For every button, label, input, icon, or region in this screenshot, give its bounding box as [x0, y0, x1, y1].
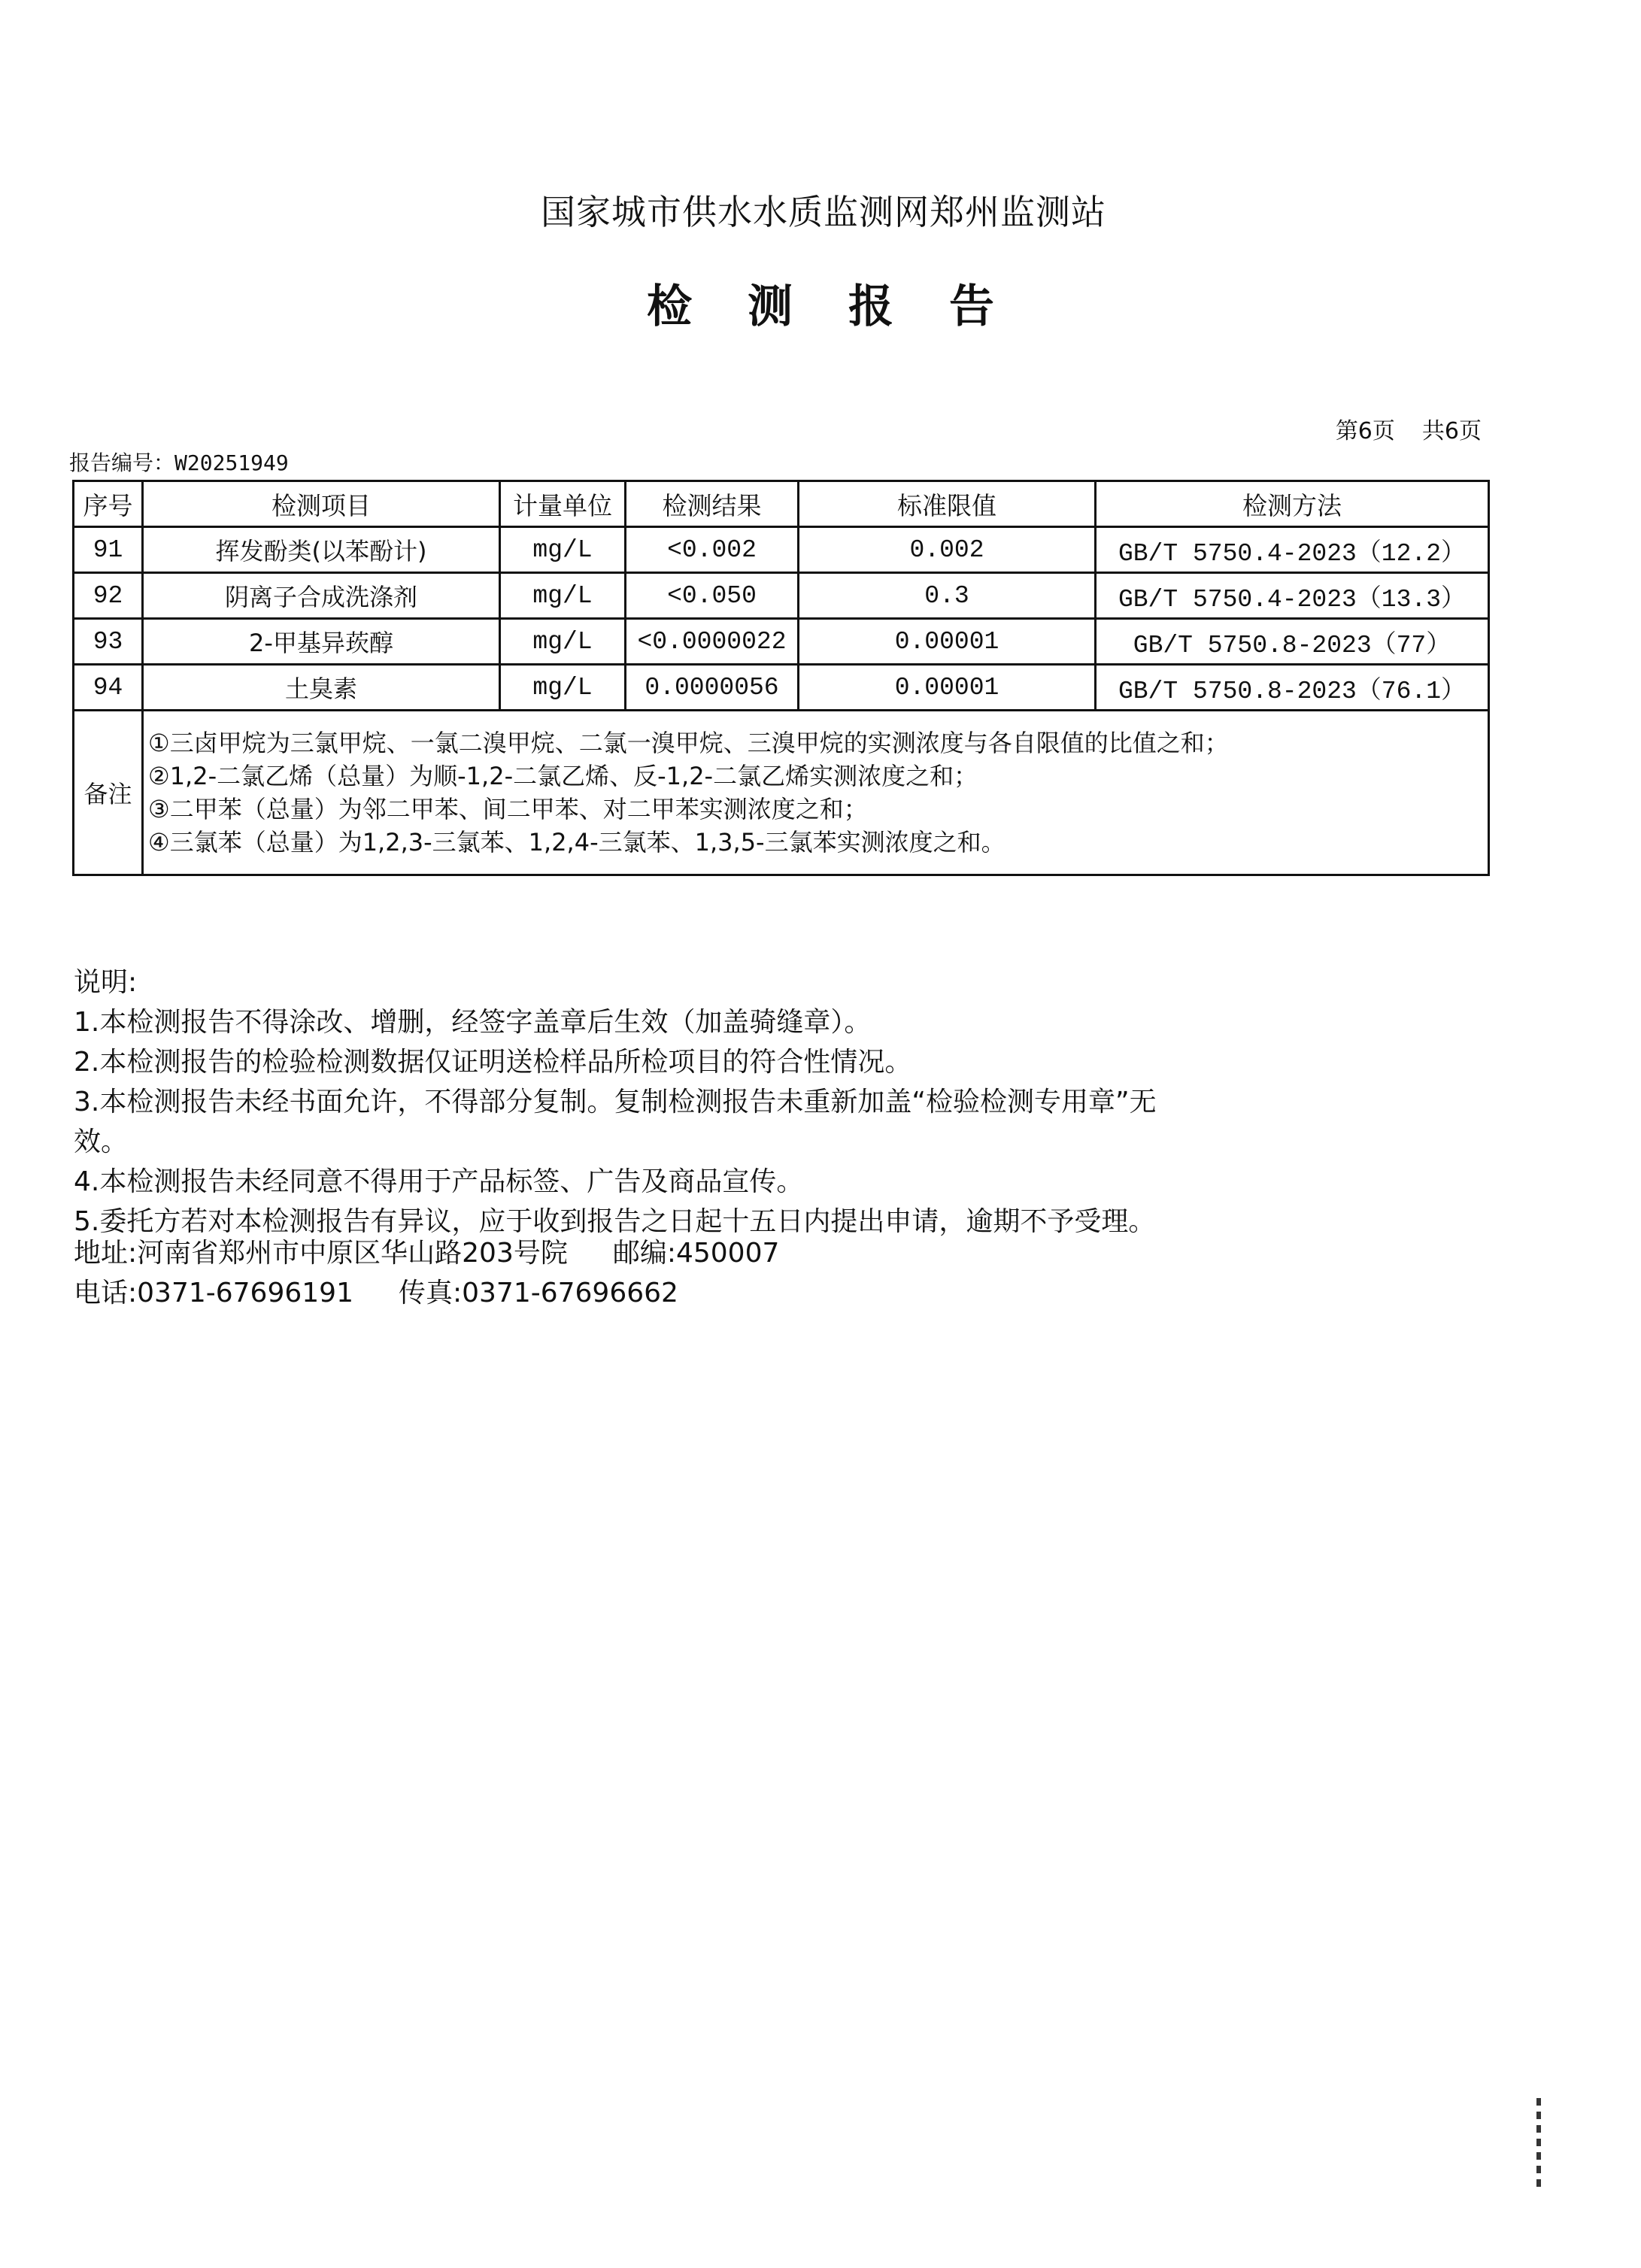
page-current: 第6页 [1336, 418, 1395, 444]
address-line: 地址:河南省郑州市中原区华山路203号院邮编:450007 [74, 1233, 779, 1273]
column-header-unit: 计量单位 [500, 481, 626, 527]
note-item: ①三卤甲烷为三氯甲烷、一氯二溴甲烷、二氯一溴甲烷、三溴甲烷的实测浓度与各自限值的… [148, 726, 1483, 760]
instruction-item: 1.本检测报告不得涂改、增删，经签字盖章后生效（加盖骑缝章）。 [74, 1002, 1488, 1042]
cell-result: <0.050 [626, 573, 799, 619]
table-row: 94 土臭素 mg/L 0.0000056 0.00001 GB/T 5750.… [74, 665, 1489, 711]
page-total: 共6页 [1422, 418, 1482, 444]
postcode: 邮编:450007 [613, 1238, 780, 1269]
cell-method: GB/T 5750.8-2023（77） [1096, 619, 1489, 665]
cell-method: GB/T 5750.4-2023（13.3） [1096, 573, 1489, 619]
instruction-item: 2.本检测报告的检验检测数据仅证明送检样品所检项目的符合性情况。 [74, 1042, 1488, 1082]
column-header-method: 检测方法 [1096, 481, 1489, 527]
cell-result: <0.002 [626, 527, 799, 573]
cell-unit: mg/L [500, 619, 626, 665]
cell-item: 阴离子合成洗涤剂 [143, 573, 500, 619]
cell-limit: 0.00001 [799, 665, 1096, 711]
note-item: ④三氯苯（总量）为1,2,3-三氯苯、1,2,4-三氯苯、1,3,5-三氯苯实测… [148, 826, 1483, 859]
column-header-no: 序号 [74, 481, 143, 527]
table-header-row: 序号 检测项目 计量单位 检测结果 标准限值 检测方法 [74, 481, 1489, 527]
column-header-limit: 标准限值 [799, 481, 1096, 527]
cell-no: 91 [74, 527, 143, 573]
instructions-section: 说明: 1.本检测报告不得涂改、增删，经签字盖章后生效（加盖骑缝章）。 2.本检… [74, 963, 1488, 1242]
page-indicator: 第6页共6页 [1336, 412, 1482, 445]
note-item: ③二甲苯（总量）为邻二甲苯、间二甲苯、对二甲苯实测浓度之和； [148, 793, 1483, 826]
instruction-item: 3.本检测报告未经书面允许，不得部分复制。复制检测报告未重新加盖“检验检测专用章… [74, 1082, 1488, 1122]
title-char: 检 [647, 271, 692, 335]
cell-method: GB/T 5750.8-2023（76.1） [1096, 665, 1489, 711]
column-header-result: 检测结果 [626, 481, 799, 527]
organization-title: 国家城市供水水质监测网郑州监测站 [0, 185, 1641, 235]
column-header-item: 检测项目 [143, 481, 500, 527]
results-table: 序号 检测项目 计量单位 检测结果 标准限值 检测方法 91 挥发酚类(以苯酚计… [72, 480, 1490, 876]
title-char: 报 [848, 271, 893, 335]
report-number-value: W20251949 [174, 450, 289, 475]
notes-row: 备注 ①三卤甲烷为三氯甲烷、一氯二溴甲烷、二氯一溴甲烷、三溴甲烷的实测浓度与各自… [74, 711, 1489, 875]
cell-result: <0.0000022 [626, 619, 799, 665]
cell-item: 土臭素 [143, 665, 500, 711]
cell-unit: mg/L [500, 527, 626, 573]
instruction-item: 效。 [74, 1122, 1488, 1162]
address: 地址:河南省郑州市中原区华山路203号院 [74, 1238, 568, 1269]
cell-item: 2-甲基异莰醇 [143, 619, 500, 665]
document-title: 检测报告 [0, 271, 1641, 335]
phone-line: 电话:0371-67696191传真:0371-67696662 [74, 1273, 779, 1313]
cell-no: 94 [74, 665, 143, 711]
seam-stamp-mark [1536, 2098, 1541, 2192]
title-char: 告 [949, 271, 994, 335]
cell-limit: 0.00001 [799, 619, 1096, 665]
table-row: 93 2-甲基异莰醇 mg/L <0.0000022 0.00001 GB/T … [74, 619, 1489, 665]
cell-result: 0.0000056 [626, 665, 799, 711]
cell-limit: 0.002 [799, 527, 1096, 573]
notes-body: ①三卤甲烷为三氯甲烷、一氯二溴甲烷、二氯一溴甲烷、三溴甲烷的实测浓度与各自限值的… [143, 711, 1489, 875]
cell-method: GB/T 5750.4-2023（12.2） [1096, 527, 1489, 573]
instruction-item: 4.本检测报告未经同意不得用于产品标签、广告及商品宣传。 [74, 1162, 1488, 1202]
fax: 传真:0371-67696662 [399, 1278, 678, 1308]
table-row: 92 阴离子合成洗涤剂 mg/L <0.050 0.3 GB/T 5750.4-… [74, 573, 1489, 619]
cell-unit: mg/L [500, 573, 626, 619]
table-row: 91 挥发酚类(以苯酚计) mg/L <0.002 0.002 GB/T 575… [74, 527, 1489, 573]
cell-limit: 0.3 [799, 573, 1096, 619]
phone: 电话:0371-67696191 [74, 1278, 353, 1308]
report-number-label: 报告编号： [69, 450, 174, 475]
report-number: 报告编号：W20251949 [69, 447, 289, 477]
note-item: ②1,2-二氯乙烯（总量）为顺-1,2-二氯乙烯、反-1,2-二氯乙烯实测浓度之… [148, 760, 1483, 793]
cell-item: 挥发酚类(以苯酚计) [143, 527, 500, 573]
notes-label: 备注 [74, 711, 143, 875]
title-char: 测 [748, 271, 793, 335]
contact-info: 地址:河南省郑州市中原区华山路203号院邮编:450007 电话:0371-67… [74, 1233, 779, 1313]
instructions-heading: 说明: [74, 963, 1488, 1002]
cell-no: 93 [74, 619, 143, 665]
cell-unit: mg/L [500, 665, 626, 711]
cell-no: 92 [74, 573, 143, 619]
